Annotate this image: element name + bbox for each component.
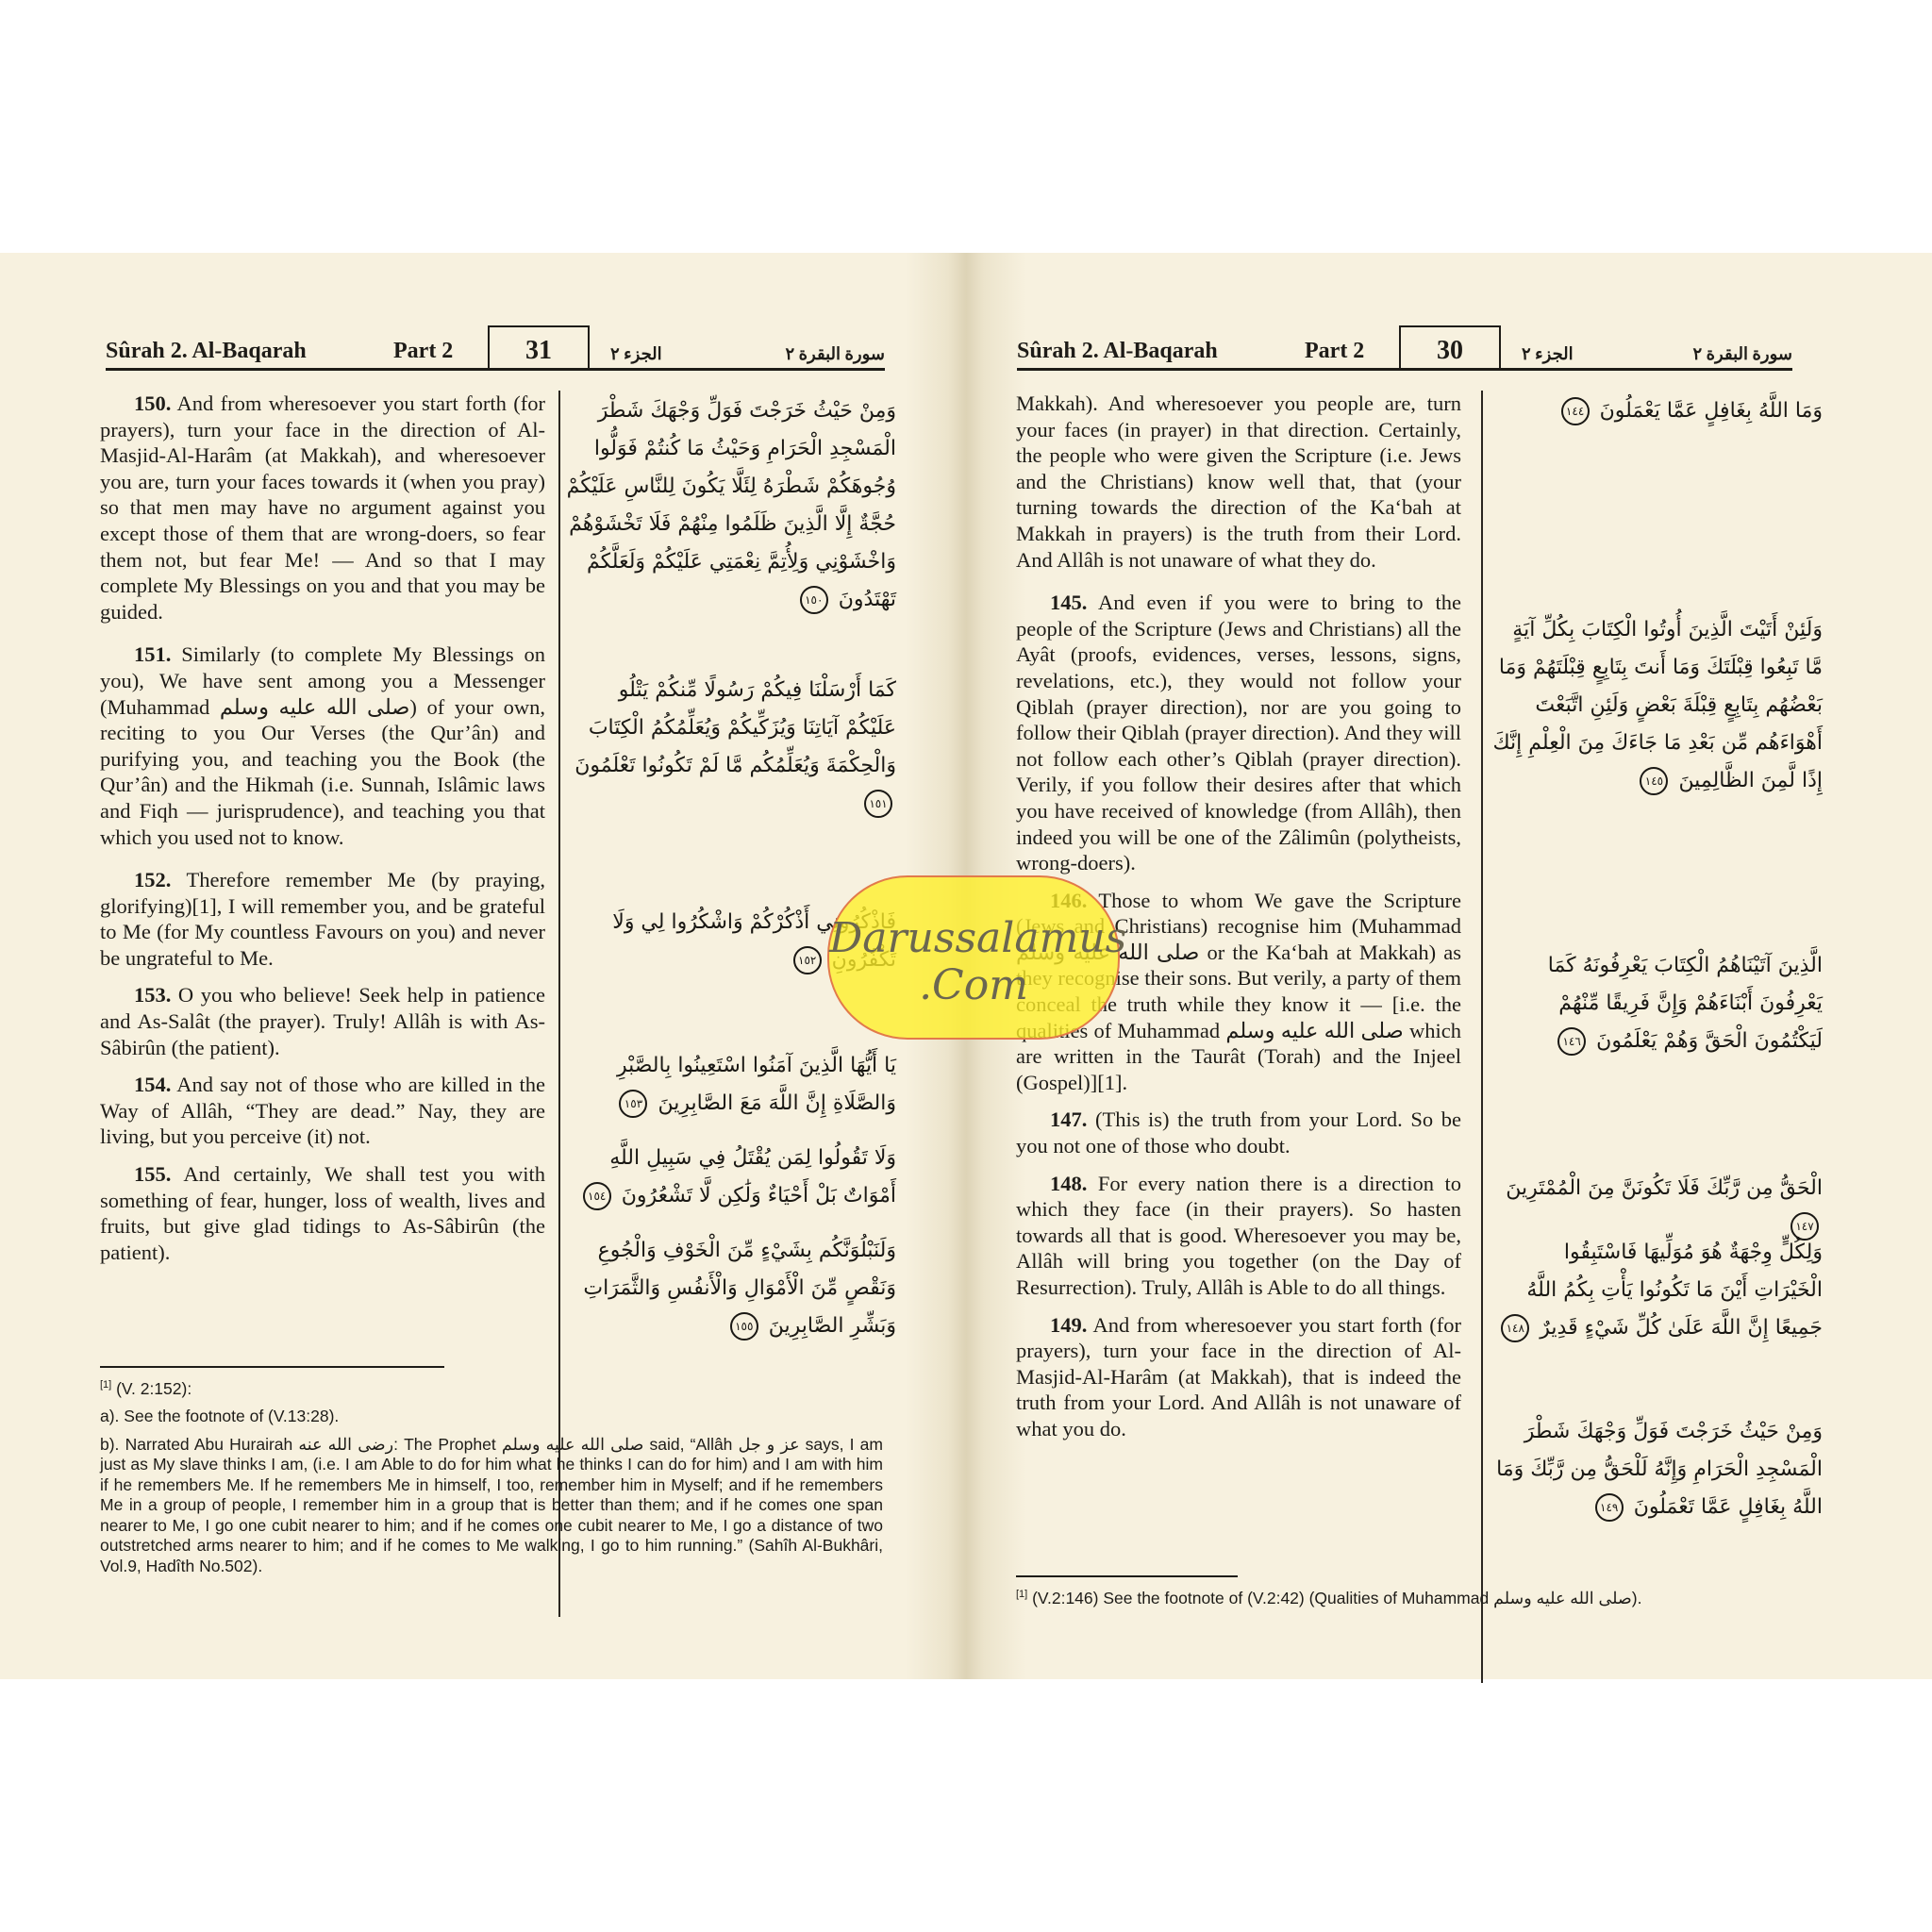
verse-144-continuation: Makkah). And wheresoever you people are,… (1016, 391, 1461, 573)
arabic-ayah-151: كَمَا أَرْسَلْنَا فِيكُمْ رَسُولًا مِّنك… (566, 672, 896, 823)
part-label-en: Part 2 (1305, 339, 1399, 368)
ayah-end-marker-icon: ١٤٤ (1561, 397, 1590, 425)
arabic-ayah-146: الَّذِينَ آتَيْنَاهُمُ الْكِتَابَ يَعْرِ… (1492, 947, 1823, 1060)
verse-149: 149. And from wheresoever you start fort… (1016, 1312, 1461, 1442)
part-label-ar: الجزء ٢ (1501, 344, 1607, 368)
part-label-ar: الجزء ٢ (590, 344, 695, 368)
verse-154: 154. And say not of those who are killed… (100, 1072, 545, 1150)
ayah-end-marker-icon: ١٥٤ (583, 1182, 611, 1210)
footnote-rule (100, 1366, 444, 1368)
surah-title-ar: سورة البقرة ٢ (695, 344, 885, 368)
verse-148: 148. For every nation there is a directi… (1016, 1171, 1461, 1301)
ayah-end-marker-icon: ١٤٦ (1557, 1027, 1586, 1056)
ayah-end-marker-icon: ١٤٨ (1501, 1314, 1529, 1342)
surah-title-en: Sûrah 2. Al-Baqarah (1017, 339, 1305, 368)
ayah-end-marker-icon: ١٥٥ (730, 1312, 758, 1341)
footnote-146: [1] (V.2:146) See the footnote of (V.2:4… (1016, 1585, 1827, 1616)
verse-150: 150. And from wheresoever you start fort… (100, 391, 545, 625)
verse-153: 153. O you who believe! Seek help in pat… (100, 982, 545, 1060)
arabic-ayah-150: وَمِنْ حَيْثُ خَرَجْتَ فَوَلِّ وَجْهَكَ … (566, 392, 896, 619)
page-header: Sûrah 2. Al-Baqarah Part 2 31 الجزء ٢ سو… (106, 328, 885, 371)
page-31: Sûrah 2. Al-Baqarah Part 2 31 الجزء ٢ سو… (0, 253, 953, 1679)
arabic-ayah-153: يَا أَيُّهَا الَّذِينَ آمَنُوا اسْتَعِين… (566, 1047, 896, 1123)
ayah-end-marker-icon: ١٥٠ (800, 586, 828, 614)
verse-152: 152. Therefore remember Me (by praying, … (100, 867, 545, 971)
ayah-end-marker-icon: ١٤٩ (1595, 1493, 1624, 1522)
arabic-ayah-155: وَلَنَبْلُوَنَّكُم بِشَيْءٍ مِّنَ الْخَو… (566, 1232, 896, 1345)
page-header: Sûrah 2. Al-Baqarah Part 2 30 الجزء ٢ سو… (1017, 328, 1792, 371)
surah-title-ar: سورة البقرة ٢ (1607, 344, 1792, 368)
watermark-line-1: Darussalamus (829, 915, 1118, 962)
verse-151: 151. Similarly (to complete My Blessings… (100, 641, 545, 850)
arabic-ayah-149: وَمِنْ حَيْثُ خَرَجْتَ فَوَلِّ وَجْهَكَ … (1492, 1413, 1823, 1526)
ayah-end-marker-icon: ١٤٥ (1640, 767, 1668, 795)
ayah-end-marker-icon: ١٥١ (864, 790, 892, 818)
page-number-box: 30 (1399, 325, 1501, 371)
footnote-rule (1016, 1575, 1238, 1577)
verse-145: 145. And even if you were to bring to th… (1016, 590, 1461, 876)
column-divider (1481, 391, 1483, 1683)
arabic-ayah-144-end: وَمَا اللَّهُ بِغَافِلٍ عَمَّا يَعْمَلُو… (1492, 392, 1823, 430)
verse-147: 147. (This is) the truth from your Lord.… (1016, 1107, 1461, 1158)
verse-155: 155. And certainly, We shall test you wi… (100, 1161, 545, 1265)
page-number-box: 31 (488, 325, 590, 371)
ayah-end-marker-icon: ١٥٢ (793, 946, 822, 974)
watermark-badge: Darussalamus .Com (827, 875, 1120, 1040)
ayah-end-marker-icon: ١٥٣ (619, 1090, 647, 1118)
footnote-152: [1] (V. 2:152): a). See the footnote of … (100, 1375, 883, 1584)
english-column: 150. And from wheresoever you start fort… (100, 391, 545, 1276)
part-label-en: Part 2 (393, 339, 488, 368)
arabic-ayah-148: وَلِكُلٍّ وِجْهَةٌ هُوَ مُوَلِّيهَا فَاس… (1492, 1234, 1823, 1347)
arabic-ayah-154: وَلَا تَقُولُوا لِمَن يُقْتَلُ فِي سَبِي… (566, 1140, 896, 1215)
arabic-ayah-145: وَلَئِنْ أَتَيْتَ الَّذِينَ أُوتُوا الْك… (1492, 611, 1823, 800)
watermark-line-2: .Com (829, 962, 1118, 1009)
surah-title-en: Sûrah 2. Al-Baqarah (106, 339, 393, 368)
